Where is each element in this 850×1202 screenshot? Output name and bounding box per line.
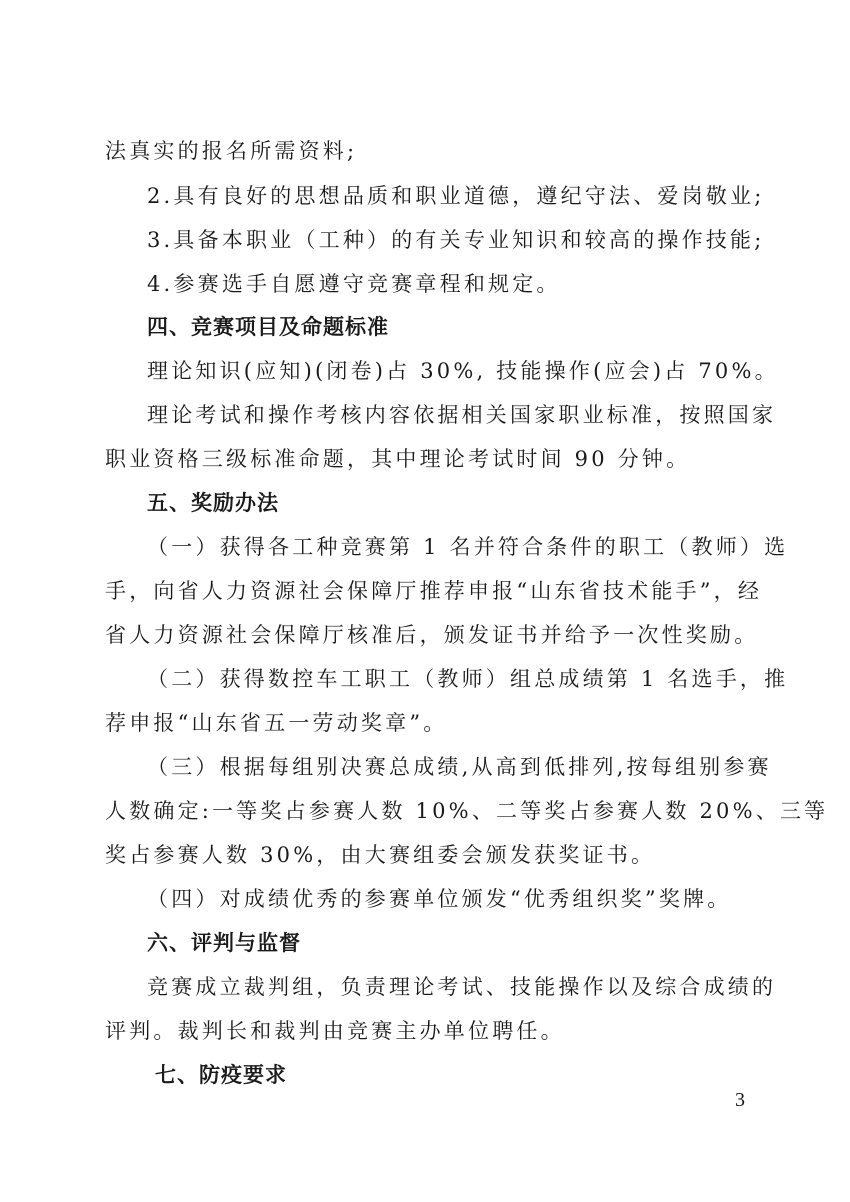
paragraph-line: （一）获得各工种竞赛第 1 名并符合条件的职工（教师）选	[147, 533, 787, 561]
paragraph-line: 荐申报“山东省五一劳动奖章”。	[105, 709, 745, 737]
section-heading-5: 五、奖励办法	[147, 489, 787, 517]
list-item-2: 2.具有良好的思想品质和职业道德，遵纪守法、爱岗敬业;	[147, 182, 787, 210]
section-heading-6: 六、评判与监督	[147, 929, 787, 957]
paragraph-line: （三）根据每组别决赛总成绩,从高到低排列,按每组别参赛	[147, 753, 787, 781]
section-heading-4: 四、竞赛项目及命题标准	[147, 313, 787, 341]
paragraph-line: 理论知识(应知)(闭卷)占 30%, 技能操作(应会)占 70%。	[147, 357, 787, 385]
paragraph-line: 人数确定:一等奖占参赛人数 10%、二等奖占参赛人数 20%、三等	[105, 797, 745, 825]
paragraph-line: 奖占参赛人数 30%，由大赛组委会颁发获奖证书。	[105, 841, 745, 869]
paragraph-line: 手，向省人力资源社会保障厅推荐申报“山东省技术能手”，经	[105, 577, 745, 605]
paragraph-line: （四）对成绩优秀的参赛单位颁发“优秀组织奖”奖牌。	[147, 885, 787, 913]
section-heading-7: 七、防疫要求	[155, 1061, 795, 1089]
document-page: 法真实的报名所需资料; 2.具有良好的思想品质和职业道德，遵纪守法、爱岗敬业; …	[0, 0, 850, 1202]
paragraph-line: 职业资格三级标准命题，其中理论考试时间 90 分钟。	[105, 445, 745, 473]
paragraph-line: 理论考试和操作考核内容依据相关国家职业标准，按照国家	[147, 401, 787, 429]
paragraph-line: 竞赛成立裁判组，负责理论考试、技能操作以及综合成绩的	[147, 973, 787, 1001]
paragraph-line: 法真实的报名所需资料;	[105, 137, 745, 165]
paragraph-line: 省人力资源社会保障厅核准后，颁发证书并给予一次性奖励。	[105, 621, 745, 649]
list-item-3: 3.具备本职业（工种）的有关专业知识和较高的操作技能;	[147, 226, 787, 254]
paragraph-line: 评判。裁判长和裁判由竞赛主办单位聘任。	[105, 1017, 745, 1045]
paragraph-line: （二）获得数控车工职工（教师）组总成绩第 1 名选手，推	[147, 665, 787, 693]
list-item-4: 4.参赛选手自愿遵守竞赛章程和规定。	[147, 270, 787, 298]
page-number: 3	[735, 1089, 745, 1112]
